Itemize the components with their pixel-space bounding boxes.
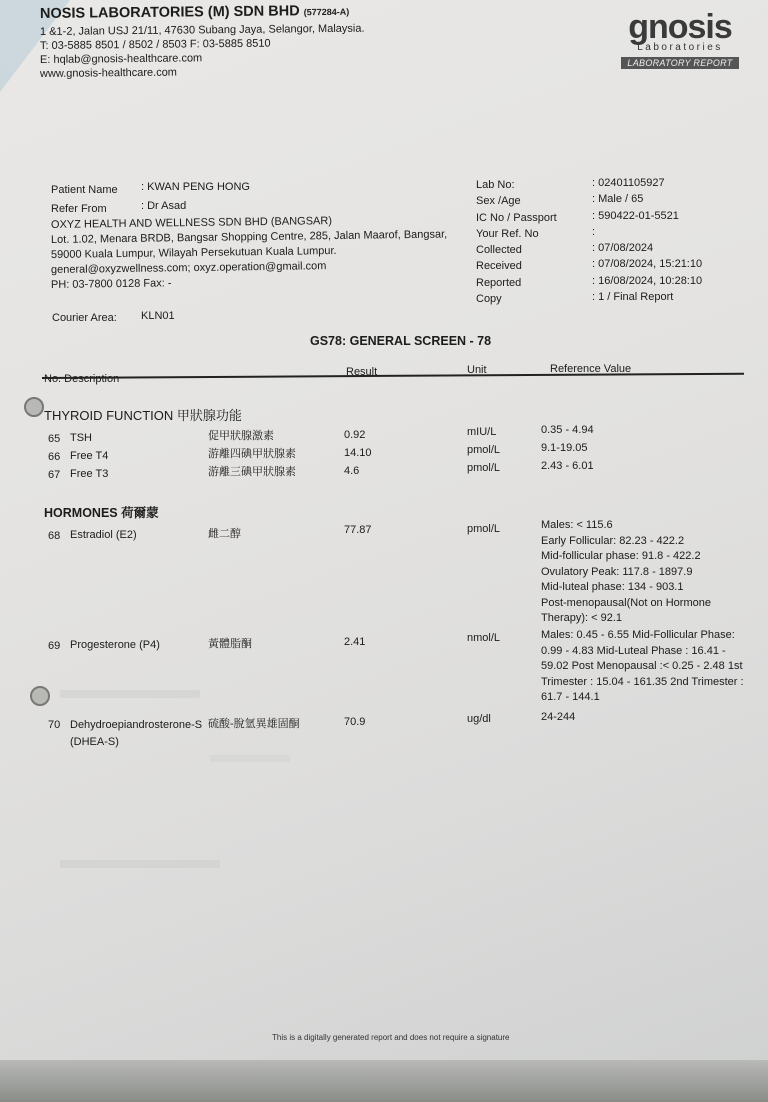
row-chinese: 促甲狀腺激素 xyxy=(208,427,274,443)
sex-age-label: Sex /Age xyxy=(476,193,557,209)
lab-report-page: NOSIS LABORATORIES (M) SDN BHD (577284-A… xyxy=(0,0,768,1060)
punch-hole-1 xyxy=(24,397,44,417)
row-reference: 24-244 xyxy=(541,711,575,723)
ic-passport-label: IC No / Passport xyxy=(476,210,557,226)
company-name: NOSIS LABORATORIES (M) SDN BHD (577284-A… xyxy=(40,3,349,22)
row-chinese: 硫酸-脫氫異雄固酮 xyxy=(208,715,300,731)
logo-wordmark: gnosis xyxy=(620,10,740,44)
ref-line: Mid-follicular phase: 91.8 - 422.2 xyxy=(541,549,741,565)
row-result: 70.9 xyxy=(344,716,365,728)
row-reference: 2.43 - 6.01 xyxy=(541,460,594,472)
lab-info-labels: Lab No: Sex /Age IC No / Passport Your R… xyxy=(476,177,557,307)
clinic-address-2: 59000 Kuala Lumpur, Wilayah Persekutuan … xyxy=(51,245,337,261)
report-title: GS78: GENERAL SCREEN - 78 xyxy=(310,334,491,348)
patient-name-value: : KWAN PENG HONG xyxy=(141,181,250,193)
ref-line: Therapy): < 92.1 xyxy=(541,611,741,627)
row-result: 77.87 xyxy=(344,524,372,536)
logo-subtitle: Laboratories xyxy=(620,42,740,53)
copy-value: : 1 / Final Report xyxy=(592,289,702,305)
row-desc: TSH xyxy=(70,432,92,444)
row-result: 4.6 xyxy=(344,465,359,477)
copy-label: Copy xyxy=(476,291,557,307)
company-email: E: hqlab@gnosis-healthcare.com xyxy=(40,52,202,66)
courier-area-value: KLN01 xyxy=(141,310,175,322)
company-phone: T: 03-5885 8501 / 8502 / 8503 F: 03-5885… xyxy=(40,38,271,52)
ref-line: Ovulatory Peak: 117.8 - 1897.9 xyxy=(541,565,741,581)
show-through-text xyxy=(60,860,220,868)
row-unit: pmol/L xyxy=(467,523,500,535)
refer-from-label: Refer From xyxy=(51,203,107,215)
row-no: 65 xyxy=(48,433,60,445)
ref-no-value: : xyxy=(592,224,702,240)
row-no: 70 xyxy=(48,719,60,731)
desk-surface xyxy=(0,1060,768,1102)
collected-label: Collected xyxy=(476,242,557,258)
lab-info-values: : 02401105927 : Male / 65 : 590422-01-55… xyxy=(592,175,702,305)
ref-line: Males: 0.45 - 6.55 Mid-Follicular Phase: xyxy=(541,628,751,644)
row-chinese: 雌二醇 xyxy=(208,525,241,541)
row-desc: Estradiol (E2) xyxy=(70,529,137,541)
row-no: 69 xyxy=(48,640,60,652)
row-no: 66 xyxy=(48,451,60,463)
ref-no-label: Your Ref. No xyxy=(476,226,557,242)
row-reference: Males: < 115.6 Early Follicular: 82.23 -… xyxy=(541,518,741,627)
report-badge: LABORATORY REPORT xyxy=(621,57,738,69)
company-website: www.gnosis-healthcare.com xyxy=(40,67,177,80)
row-unit: pmol/L xyxy=(467,462,500,474)
ref-line: Post-menopausal(Not on Hormone xyxy=(541,596,741,612)
row-unit: ug/dl xyxy=(467,713,491,725)
received-label: Received xyxy=(476,258,557,274)
row-chinese: 黃體脂酮 xyxy=(208,635,252,651)
ref-line: Early Follicular: 82.23 - 422.2 xyxy=(541,534,741,550)
row-result: 2.41 xyxy=(344,636,365,648)
ic-passport-value: : 590422-01-5521 xyxy=(592,208,702,224)
punch-hole-2 xyxy=(30,686,50,706)
header-no-description: No. Description xyxy=(44,373,119,385)
ref-line: Trimester : 15.04 - 161.35 2nd Trimester… xyxy=(541,675,751,691)
footer-note: This is a digitally generated report and… xyxy=(272,1033,509,1042)
row-desc: Progesterone (P4) xyxy=(70,639,160,651)
section-thyroid: THYROID FUNCTION 甲狀腺功能 xyxy=(44,405,242,424)
sex-age-value: : Male / 65 xyxy=(592,191,702,207)
collected-value: : 07/08/2024 xyxy=(592,240,702,256)
lab-no-value: : 02401105927 xyxy=(592,175,702,191)
lab-no-label: Lab No: xyxy=(476,177,557,193)
row-desc: Free T3 xyxy=(70,468,108,480)
show-through-text xyxy=(210,755,290,762)
header-divider xyxy=(42,373,744,379)
ref-line: 0.99 - 4.83 Mid-Luteal Phase : 16.41 - xyxy=(541,644,751,660)
row-result: 0.92 xyxy=(344,429,365,441)
clinic-name: OXYZ HEALTH AND WELLNESS SDN BHD (BANGSA… xyxy=(51,215,332,231)
row-no: 67 xyxy=(48,469,60,481)
row-chinese: 游離四碘甲狀腺素 xyxy=(208,445,296,461)
refer-from-value: : Dr Asad xyxy=(141,200,186,212)
row-unit: nmol/L xyxy=(467,632,500,644)
row-unit: pmol/L xyxy=(467,444,500,456)
row-reference: Males: 0.45 - 6.55 Mid-Follicular Phase:… xyxy=(541,628,751,706)
ref-line: 61.7 - 144.1 xyxy=(541,690,751,706)
row-desc-abbrev: (DHEA-S) xyxy=(70,736,119,748)
show-through-text xyxy=(60,690,200,698)
section-hormones: HORMONES 荷爾蒙 xyxy=(44,503,159,521)
row-reference: 9.1-19.05 xyxy=(541,442,587,454)
gnosis-logo: gnosis Laboratories LABORATORY REPORT xyxy=(620,10,740,71)
row-result: 14.10 xyxy=(344,447,372,459)
ref-line: Mid-luteal phase: 134 - 903.1 xyxy=(541,580,741,596)
company-address: 1 &1-2, Jalan USJ 21/11, 47630 Subang Ja… xyxy=(40,23,365,38)
clinic-address-1: Lot. 1.02, Menara BRDB, Bangsar Shopping… xyxy=(51,228,447,246)
reported-label: Reported xyxy=(476,275,557,291)
reported-value: : 16/08/2024, 10:28:10 xyxy=(592,273,702,289)
received-value: : 07/08/2024, 15:21:10 xyxy=(592,256,702,272)
ref-line: 59.02 Post Menopausal :< 0.25 - 2.48 1st xyxy=(541,659,751,675)
row-no: 68 xyxy=(48,530,60,542)
patient-name-label: Patient Name xyxy=(51,184,118,196)
courier-area-label: Courier Area: xyxy=(52,312,117,324)
row-chinese: 游離三碘甲狀腺素 xyxy=(208,463,296,479)
row-reference: 0.35 - 4.94 xyxy=(541,424,594,436)
clinic-email: general@oxyzwellness.com; oxyz.operation… xyxy=(51,260,327,276)
ref-line: Males: < 115.6 xyxy=(541,518,741,534)
row-unit: mIU/L xyxy=(467,426,496,438)
row-desc: Free T4 xyxy=(70,450,108,462)
row-desc: Dehydroepiandrosterone-S xyxy=(70,719,202,731)
clinic-phone: PH: 03-7800 0128 Fax: - xyxy=(51,277,172,291)
